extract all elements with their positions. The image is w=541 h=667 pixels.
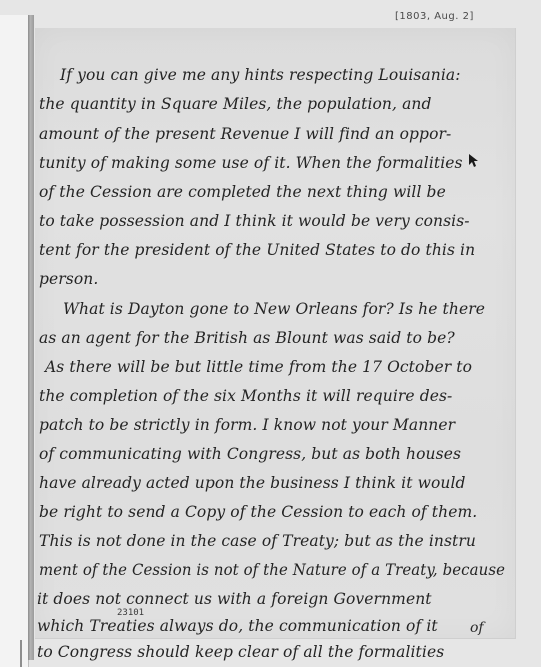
text-line-3: amount of the present Revenue I will fin… bbox=[39, 125, 451, 143]
text-line-8: person. bbox=[39, 270, 98, 288]
text-line-6: to take possession and I think it would … bbox=[39, 212, 470, 230]
binding-line bbox=[20, 640, 22, 667]
text-line-7: tent for the president of the United Sta… bbox=[39, 241, 475, 259]
text-line-9: What is Dayton gone to New Orleans for? … bbox=[63, 300, 485, 318]
left-margin bbox=[0, 15, 29, 667]
text-line-18: ment of the Cession is not of the Nature… bbox=[39, 561, 505, 579]
text-line-14: of communicating with Congress, but as b… bbox=[39, 445, 461, 463]
text-line-21: to Congress should keep clear of all the… bbox=[37, 643, 444, 661]
catchword: of bbox=[470, 620, 484, 636]
archive-stamp-number: 23101 bbox=[117, 608, 144, 618]
text-line-12: the completion of the six Months it will… bbox=[39, 387, 452, 405]
text-line-4: tunity of making some use of it. When th… bbox=[39, 154, 463, 172]
text-line-19: it does not connect us with a foreign Go… bbox=[37, 590, 432, 608]
text-line-5: of the Cession are completed the next th… bbox=[39, 183, 446, 201]
text-line-13: patch to be strictly in form. I know not… bbox=[39, 416, 455, 434]
text-line-15: have already acted upon the business I t… bbox=[39, 474, 466, 492]
date-annotation: [1803, Aug. 2] bbox=[395, 11, 474, 22]
manuscript-page: If you can give me any hints respecting … bbox=[35, 28, 516, 639]
bleed-through bbox=[105, 36, 165, 50]
text-line-16: be right to send a Copy of the Cession t… bbox=[39, 503, 477, 521]
binding-strip bbox=[28, 15, 34, 660]
text-line-17: This is not done in the case of Treaty; … bbox=[39, 532, 476, 550]
mouse-pointer-icon bbox=[469, 154, 479, 168]
text-line-2: the quantity in Square Miles, the popula… bbox=[39, 95, 432, 113]
text-line-20: which Treaties always do, the communicat… bbox=[37, 617, 438, 635]
text-line-11: As there will be but little time from th… bbox=[45, 358, 472, 376]
text-line-10: as an agent for the British as Blount wa… bbox=[39, 329, 455, 347]
text-line-1: If you can give me any hints respecting … bbox=[60, 66, 461, 84]
document-scan: [1803, Aug. 2] If you can give me any hi… bbox=[0, 0, 541, 667]
